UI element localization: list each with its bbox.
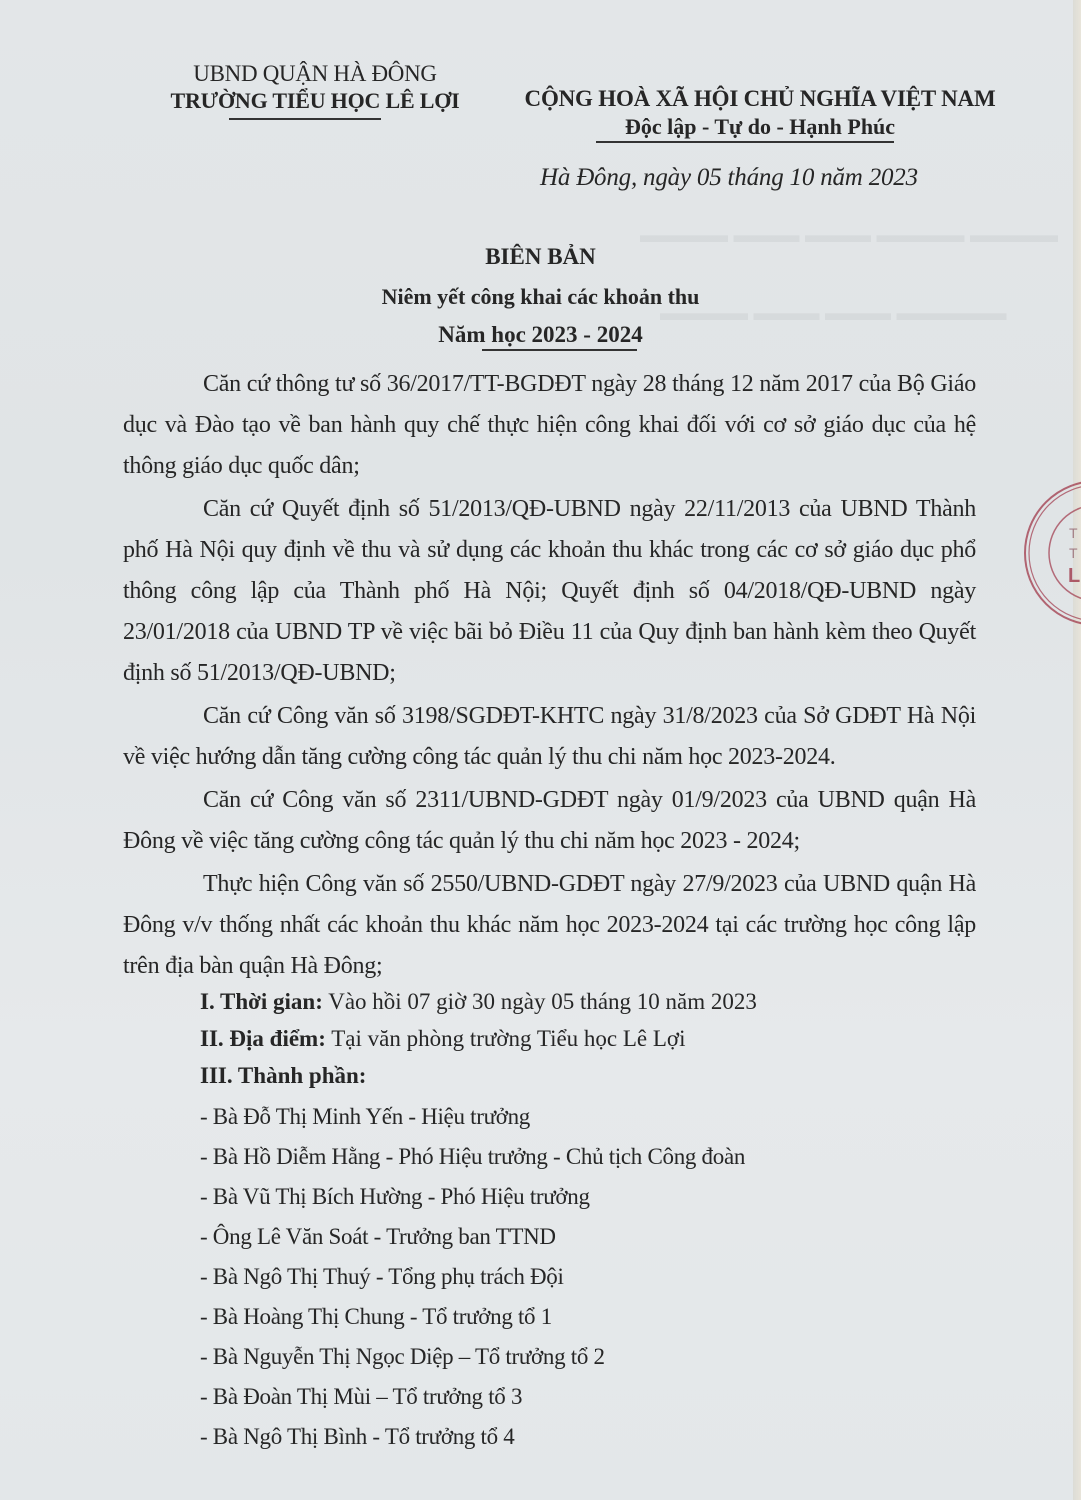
participant-item: - Bà Hồ Diễm Hằng - Phó Hiệu trưởng - Ch…: [200, 1137, 745, 1177]
school-name: TRƯỜNG TIỂU HỌC LÊ LỢI: [160, 87, 470, 114]
header-right-underline: [596, 141, 894, 143]
nation-name: CỘNG HOÀ XÃ HỘI CHỦ NGHĨA VIỆT NAM: [510, 84, 1010, 113]
section-participants: III. Thành phần:: [200, 1059, 366, 1093]
section-place: II. Địa điểm: Tại văn phòng trường Tiểu …: [200, 1022, 686, 1056]
paragraph: Căn cứ Công văn số 2311/UBND-GDĐT ngày 0…: [123, 780, 976, 862]
svg-text:T: T: [1069, 525, 1078, 541]
authority-name: UBND QUẬN HÀ ĐÔNG: [160, 60, 470, 87]
national-motto: Độc lập - Tự do - Hạnh Phúc: [510, 113, 1010, 141]
place-date: Hà Đông, ngày 05 tháng 10 năm 2023: [540, 164, 918, 192]
section-time-label: I. Thời gian:: [200, 989, 323, 1014]
svg-text:L: L: [1068, 565, 1080, 587]
title-underline: [482, 349, 637, 351]
official-stamp-icon: ỦY BAN NHÂN DÂN T T L: [1022, 478, 1081, 628]
header-left-underline: [229, 118, 381, 120]
document-body: Căn cứ thông tư số 36/2017/TT-BGDĐT ngày…: [123, 364, 976, 989]
participant-item: - Bà Đỗ Thị Minh Yến - Hiệu trưởng: [200, 1097, 745, 1137]
svg-text:T: T: [1069, 545, 1078, 561]
document-type: BIÊN BẢN: [0, 244, 1081, 270]
section-place-label: II. Địa điểm:: [200, 1026, 326, 1051]
participant-item: - Bà Ngô Thị Thuý - Tổng phụ trách Đội: [200, 1257, 745, 1297]
paragraph: Thực hiện Công văn số 2550/UBND-GDĐT ngà…: [123, 864, 976, 987]
section-time: I. Thời gian: Vào hồi 07 giờ 30 ngày 05 …: [200, 985, 757, 1019]
section-place-value: Tại văn phòng trường Tiểu học Lê Lợi: [326, 1026, 686, 1051]
participant-item: - Bà Đoàn Thị Mùi – Tổ trưởng tổ 3: [200, 1377, 745, 1417]
participant-item: - Bà Vũ Thị Bích Hường - Phó Hiệu trưởng: [200, 1177, 745, 1217]
paragraph: Căn cứ Quyết định số 51/2013/QĐ-UBND ngà…: [123, 489, 976, 694]
issuing-authority-block: UBND QUẬN HÀ ĐÔNG TRƯỜNG TIỂU HỌC LÊ LỢI: [160, 60, 470, 114]
participant-item: - Bà Hoàng Thị Chung - Tổ trưởng tổ 1: [200, 1297, 745, 1337]
page-edge: [1073, 0, 1081, 1500]
paragraph: Căn cứ Công văn số 3198/SGDĐT-KHTC ngày …: [123, 696, 976, 778]
section-time-value: Vào hồi 07 giờ 30 ngày 05 tháng 10 năm 2…: [323, 989, 757, 1014]
participant-item: - Bà Nguyễn Thị Ngọc Diệp – Tổ trưởng tổ…: [200, 1337, 745, 1377]
school-year: Năm học 2023 - 2024: [0, 322, 1081, 348]
document-subject: Niêm yết công khai các khoản thu: [0, 284, 1081, 310]
participant-list: - Bà Đỗ Thị Minh Yến - Hiệu trưởng - Bà …: [200, 1097, 745, 1457]
participant-item: - Bà Ngô Thị Bình - Tổ trưởng tổ 4: [200, 1417, 745, 1457]
participant-item: - Ông Lê Văn Soát - Trưởng ban TTND: [200, 1217, 745, 1257]
section-participants-label: III. Thành phần:: [200, 1063, 366, 1088]
paragraph: Căn cứ thông tư số 36/2017/TT-BGDĐT ngày…: [123, 364, 976, 487]
national-motto-block: CỘNG HOÀ XÃ HỘI CHỦ NGHĨA VIỆT NAM Độc l…: [510, 84, 1010, 141]
